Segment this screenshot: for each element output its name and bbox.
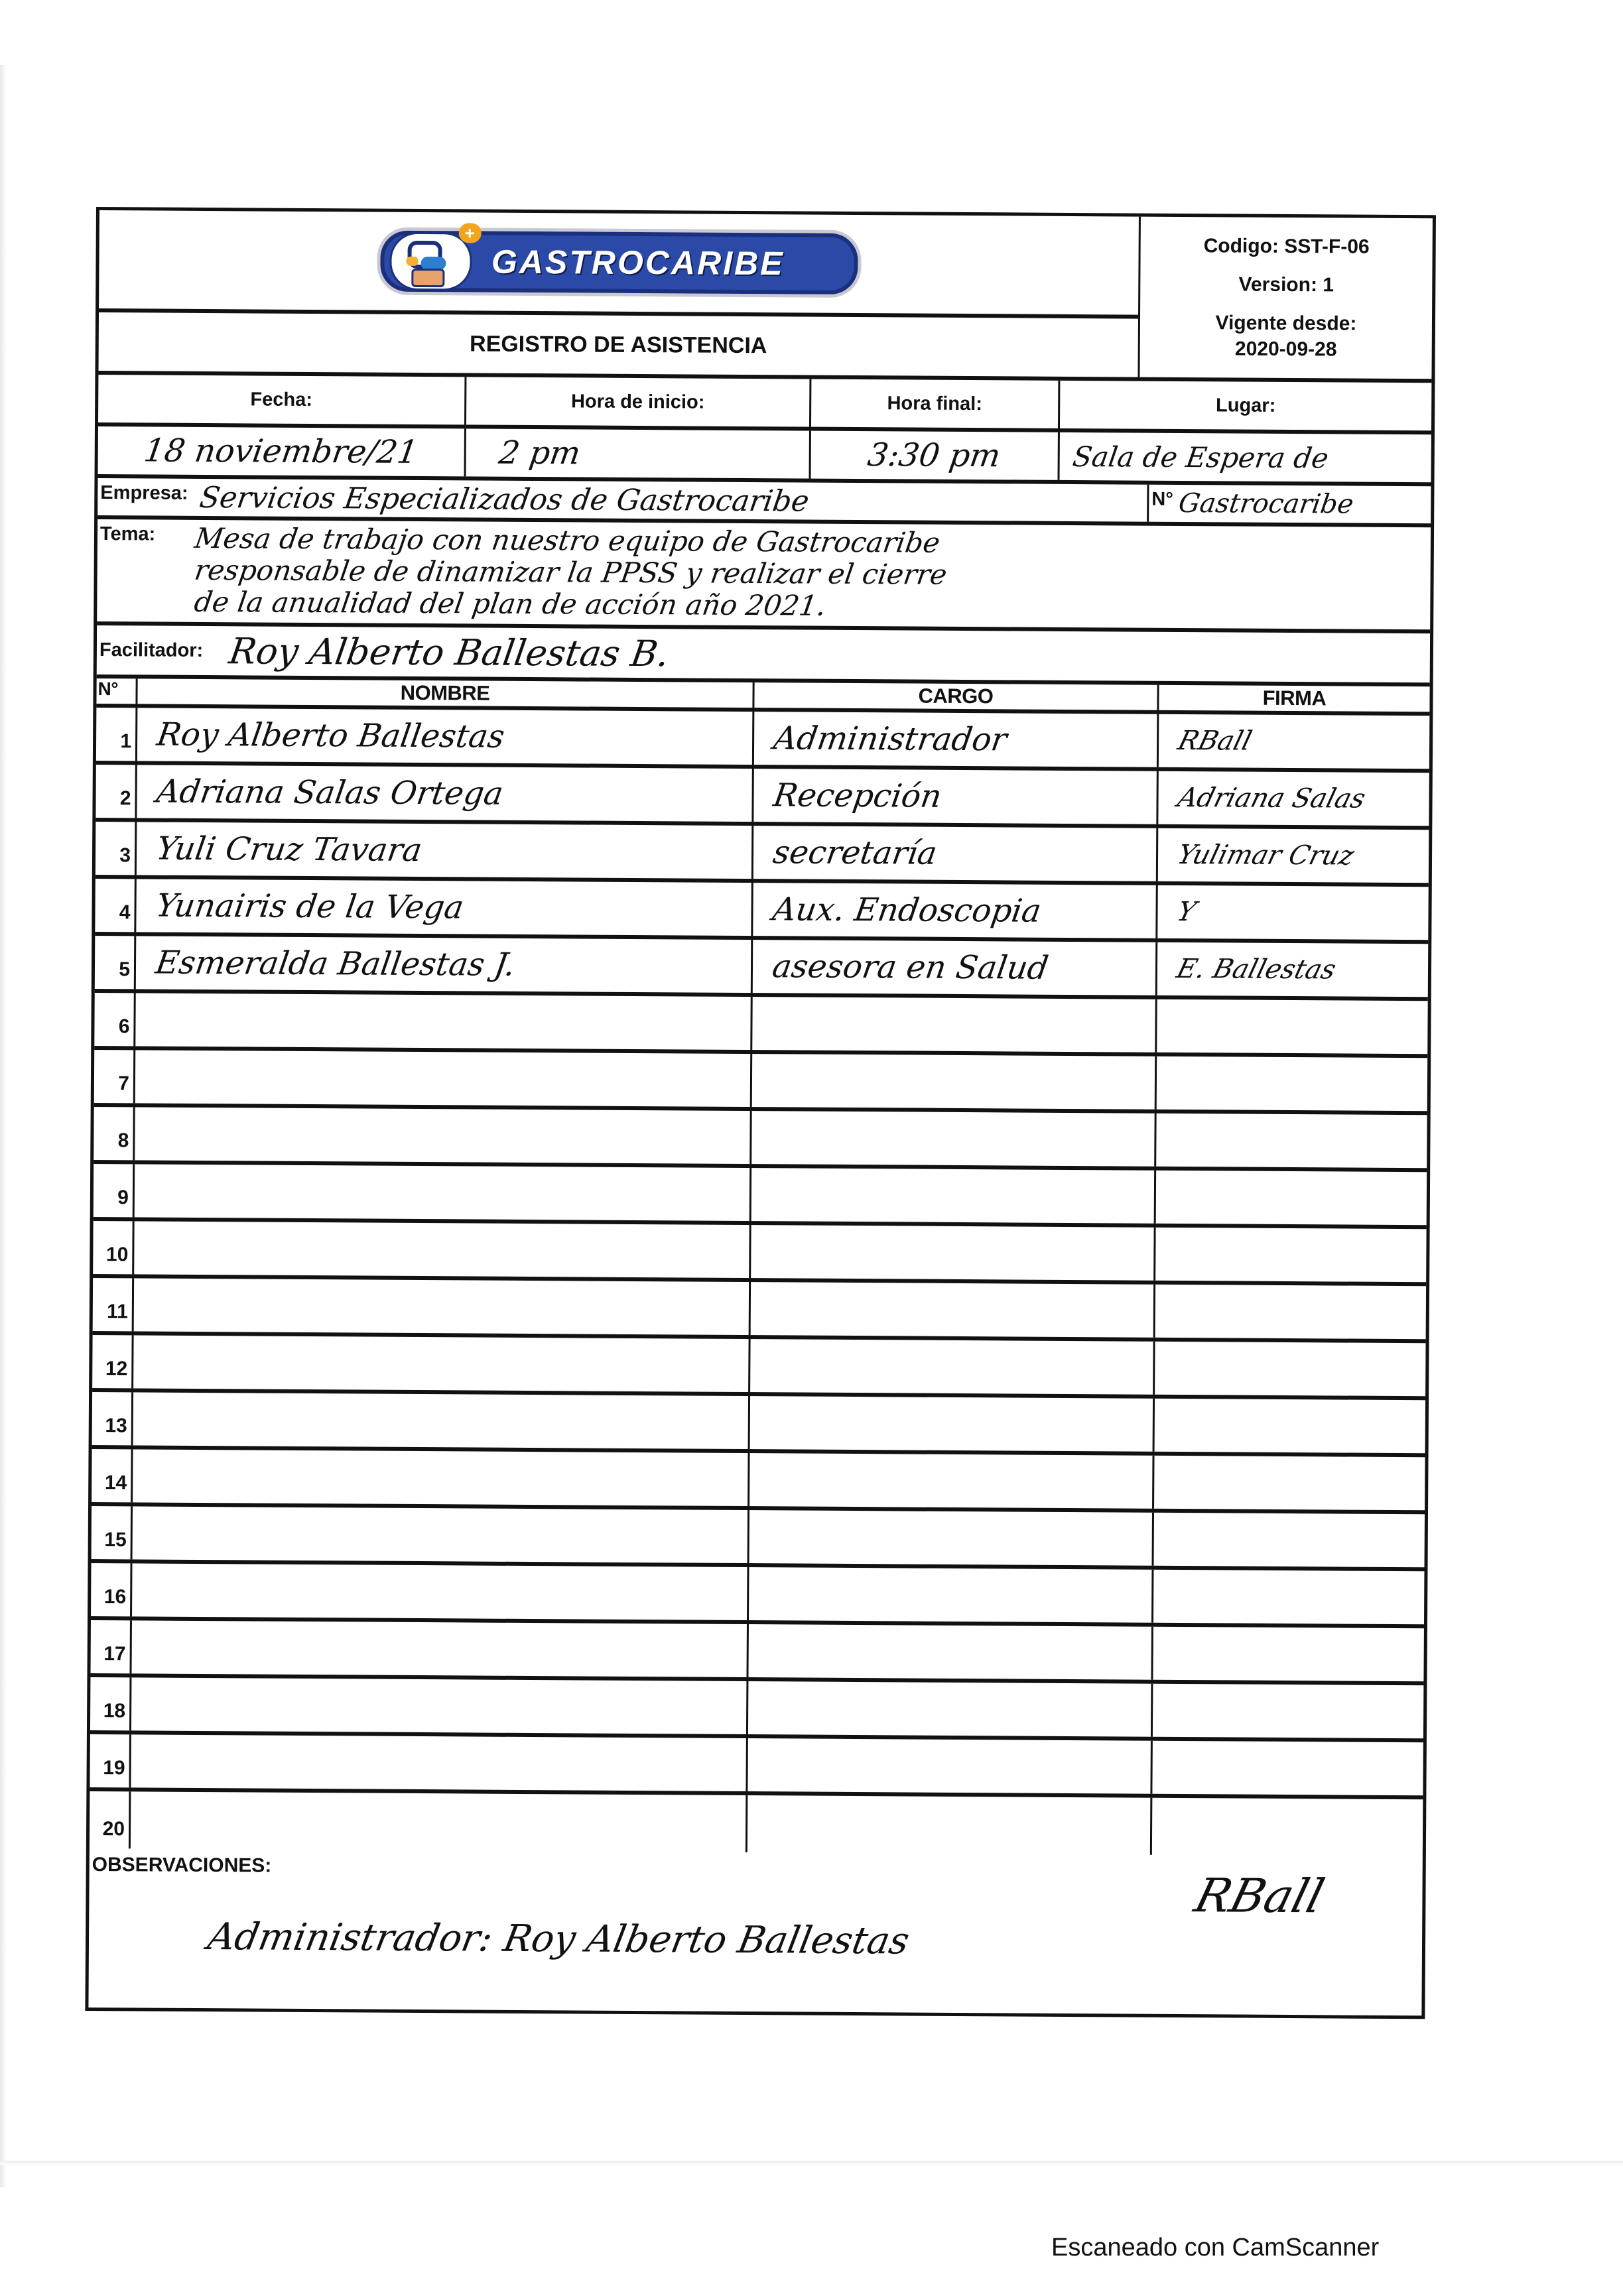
nombre-cell-value: Yuli Cruz Tavara bbox=[154, 830, 424, 869]
row-number: 20 bbox=[90, 1791, 131, 1848]
cargo-cell-value: Administrador bbox=[771, 720, 1009, 758]
cargo-cell[interactable]: Aux. Endoscopia bbox=[753, 883, 1157, 938]
table-row: 11 bbox=[93, 1278, 1426, 1343]
table-row: 15 bbox=[92, 1506, 1425, 1571]
tema-field[interactable]: Tema: Mesa de trabajo con nuestro equipo… bbox=[97, 519, 1431, 629]
cargo-cell[interactable]: Recepción bbox=[753, 769, 1158, 824]
cargo-cell-value: Aux. Endoscopia bbox=[770, 891, 1043, 929]
hora-inicio-field[interactable]: 2 pm bbox=[466, 428, 811, 478]
logo-text: GASTROCARIBE bbox=[491, 243, 785, 283]
fecha-value: 18 noviembre/21 bbox=[142, 432, 421, 470]
cargo-cell[interactable] bbox=[747, 1795, 1153, 1855]
numero-label: N° bbox=[1149, 485, 1173, 511]
nombre-cell-value: Esmeralda Ballestas J. bbox=[153, 944, 518, 984]
header-left: + GASTROCARIBE REGISTRO DE ASISTENCIA bbox=[98, 210, 1140, 377]
firma-cell[interactable] bbox=[1156, 1171, 1427, 1225]
row-number: 4 bbox=[95, 879, 136, 932]
firma-cell[interactable] bbox=[1155, 1342, 1425, 1396]
meeting-values-row: 18 noviembre/21 2 pm 3:30 pm Sala de Esp… bbox=[98, 426, 1431, 486]
row-number: 5 bbox=[95, 936, 136, 989]
table-row: 6 bbox=[94, 993, 1427, 1058]
nombre-cell[interactable] bbox=[134, 1278, 751, 1335]
col-header-firma: FIRMA bbox=[1159, 685, 1429, 712]
firma-cell[interactable] bbox=[1157, 1056, 1427, 1111]
fecha-label: Fecha: bbox=[98, 375, 466, 424]
tema-label: Tema: bbox=[97, 519, 156, 546]
tema-line: de la anualidad del plan de acción año 2… bbox=[192, 586, 949, 623]
row-number: 14 bbox=[92, 1449, 133, 1502]
firma-cell[interactable] bbox=[1152, 1798, 1423, 1856]
cargo-cell[interactable] bbox=[751, 1282, 1155, 1338]
meeting-labels-row: Fecha: Hora de inicio: Hora final: Lugar… bbox=[98, 375, 1431, 434]
nombre-cell-value: Yunairis de la Vega bbox=[153, 887, 466, 926]
table-row: 18 bbox=[90, 1677, 1423, 1742]
facilitador-field[interactable]: Facilitador: Roy Alberto Ballestas B. bbox=[97, 625, 1430, 682]
tema-line: responsable de dinamizar la PPSS y reali… bbox=[192, 554, 949, 591]
scan-edge-bottom bbox=[0, 2161, 1623, 2165]
cargo-cell[interactable] bbox=[752, 997, 1157, 1052]
nombre-cell[interactable]: Yunairis de la Vega bbox=[136, 879, 753, 936]
firma-cell[interactable] bbox=[1153, 1684, 1423, 1738]
cargo-cell[interactable]: asesora en Salud bbox=[753, 940, 1157, 995]
cargo-cell[interactable]: Administrador bbox=[754, 712, 1159, 767]
table-row: 8 bbox=[94, 1107, 1427, 1172]
scan-edge bbox=[0, 65, 7, 2187]
attendance-form: + GASTROCARIBE REGISTRO DE ASISTENCIA Co… bbox=[85, 207, 1436, 2019]
table-row: 7 bbox=[94, 1050, 1427, 1115]
row-number: 13 bbox=[92, 1392, 133, 1445]
nombre-cell[interactable] bbox=[131, 1677, 748, 1734]
firma-cell-value: E. Ballestas bbox=[1173, 954, 1339, 985]
numero-value: Gastrocaribe bbox=[1176, 488, 1355, 520]
firma-cell[interactable] bbox=[1155, 1285, 1426, 1339]
camscanner-watermark: Escaneado con CamScanner bbox=[1051, 2234, 1379, 2262]
document-code: Codigo: SST-F-06 bbox=[1204, 233, 1370, 260]
row-number: 8 bbox=[94, 1107, 135, 1160]
fecha-field[interactable]: 18 noviembre/21 bbox=[98, 426, 466, 476]
tema-line: Mesa de trabajo con nuestro equipo de Ga… bbox=[193, 523, 950, 559]
table-row: 14 bbox=[92, 1449, 1425, 1514]
table-row: 17 bbox=[90, 1620, 1423, 1685]
cargo-cell[interactable] bbox=[752, 1054, 1157, 1110]
facilitador-label: Facilitador: bbox=[97, 639, 204, 662]
form-title: REGISTRO DE ASISTENCIA bbox=[98, 312, 1138, 377]
nombre-cell-value: Adriana Salas Ortega bbox=[155, 773, 506, 812]
firma-cell[interactable]: RBall bbox=[1159, 714, 1429, 769]
row-number: 15 bbox=[92, 1506, 133, 1559]
cargo-cell[interactable] bbox=[749, 1567, 1153, 1623]
attendance-rows: 1Roy Alberto BallestasAdministradorRBall… bbox=[90, 708, 1429, 1856]
numero-field[interactable]: N° Gastrocaribe bbox=[1149, 485, 1431, 524]
nombre-cell[interactable]: Yuli Cruz Tavara bbox=[137, 822, 753, 879]
nombre-cell[interactable]: Esmeralda Ballestas J. bbox=[136, 936, 753, 993]
table-row: 3Yuli Cruz TavarasecretaríaYulimar Cruz bbox=[96, 822, 1429, 887]
firma-cell-value: Yulimar Cruz bbox=[1174, 840, 1357, 871]
empresa-label: Empresa: bbox=[97, 478, 188, 505]
logo-mascot-icon bbox=[389, 232, 472, 291]
row-number: 12 bbox=[92, 1335, 133, 1388]
cargo-cell[interactable] bbox=[748, 1681, 1153, 1737]
nombre-cell[interactable] bbox=[134, 1221, 751, 1278]
firma-cell-value: RBall bbox=[1175, 726, 1255, 757]
nombre-cell[interactable]: Roy Alberto Ballestas bbox=[137, 708, 754, 765]
row-number: 7 bbox=[94, 1050, 135, 1103]
table-row: 2Adriana Salas OrtegaRecepciónAdriana Sa… bbox=[96, 765, 1429, 830]
hora-final-field[interactable]: 3:30 pm bbox=[811, 431, 1060, 480]
empresa-value: Servicios Especializados de Gastrocaribe bbox=[198, 480, 812, 518]
row-number: 10 bbox=[93, 1221, 134, 1274]
col-header-nombre: NOMBRE bbox=[137, 678, 754, 708]
nombre-cell[interactable] bbox=[133, 1392, 750, 1449]
document-version: Version: 1 bbox=[1238, 272, 1334, 298]
table-row: 16 bbox=[91, 1563, 1424, 1628]
observaciones-text[interactable]: Administrador: Roy Alberto Ballestas bbox=[204, 1915, 913, 1962]
hora-inicio-label: Hora de inicio: bbox=[466, 377, 811, 426]
nombre-cell[interactable] bbox=[135, 993, 752, 1050]
effective-date-label: Vigente desde: bbox=[1215, 310, 1356, 337]
plus-icon: + bbox=[458, 223, 481, 243]
firma-cell[interactable] bbox=[1155, 1228, 1426, 1282]
observaciones-label: OBSERVACIONES: bbox=[92, 1854, 272, 1878]
hora-inicio-value: 2 pm bbox=[497, 434, 583, 472]
nombre-cell[interactable] bbox=[132, 1563, 749, 1620]
cargo-cell[interactable] bbox=[750, 1339, 1155, 1395]
lugar-label: Lugar: bbox=[1060, 381, 1431, 430]
cargo-cell[interactable] bbox=[750, 1396, 1155, 1452]
cargo-cell[interactable] bbox=[747, 1738, 1152, 1794]
row-number: 17 bbox=[90, 1620, 131, 1673]
row-number: 6 bbox=[94, 993, 135, 1046]
row-number: 18 bbox=[90, 1677, 131, 1730]
col-header-cargo: CARGO bbox=[754, 682, 1159, 710]
cargo-cell[interactable] bbox=[749, 1453, 1154, 1509]
row-number: 3 bbox=[96, 822, 137, 875]
table-row: 5Esmeralda Ballestas J.asesora en SaludE… bbox=[95, 936, 1428, 1001]
firma-cell[interactable] bbox=[1152, 1741, 1423, 1795]
firma-cell-value: Y bbox=[1174, 897, 1199, 927]
table-row: 13 bbox=[92, 1392, 1425, 1457]
effective-date-value: 2020-09-28 bbox=[1215, 336, 1356, 363]
nombre-cell[interactable] bbox=[135, 1107, 751, 1164]
nombre-cell-value: Roy Alberto Ballestas bbox=[155, 716, 507, 755]
nombre-cell[interactable] bbox=[133, 1335, 750, 1392]
table-row: 12 bbox=[92, 1335, 1425, 1400]
form-header: + GASTROCARIBE REGISTRO DE ASISTENCIA Co… bbox=[98, 210, 1432, 383]
effective-date: Vigente desde: 2020-09-28 bbox=[1215, 310, 1356, 363]
logo-area: + GASTROCARIBE bbox=[99, 210, 1139, 319]
row-number: 1 bbox=[96, 708, 137, 761]
nombre-cell[interactable] bbox=[131, 1791, 748, 1852]
cargo-cell[interactable] bbox=[748, 1624, 1153, 1680]
firma-cell[interactable] bbox=[1157, 999, 1427, 1054]
row-number: 16 bbox=[91, 1563, 132, 1616]
nombre-cell[interactable] bbox=[135, 1050, 752, 1107]
row-number: 11 bbox=[93, 1278, 134, 1331]
empresa-field[interactable]: Empresa: Servicios Especializados de Gas… bbox=[97, 478, 1149, 522]
nombre-cell[interactable] bbox=[133, 1449, 749, 1506]
table-row: 9 bbox=[94, 1164, 1427, 1229]
cargo-cell-value: Recepción bbox=[771, 777, 944, 814]
table-row: 20 bbox=[90, 1791, 1423, 1856]
nombre-cell[interactable] bbox=[135, 1164, 751, 1221]
cargo-cell[interactable] bbox=[749, 1510, 1154, 1566]
col-header-num: N° bbox=[96, 678, 137, 704]
firma-cell[interactable] bbox=[1156, 1114, 1427, 1168]
nombre-cell[interactable] bbox=[133, 1506, 749, 1563]
row-number: 2 bbox=[96, 765, 137, 818]
facilitador-row: Facilitador: Roy Alberto Ballestas B. bbox=[97, 625, 1430, 686]
facilitador-value: Roy Alberto Ballestas B. bbox=[227, 630, 673, 674]
lugar-value: Sala de Espera de bbox=[1071, 440, 1331, 474]
firma-cell[interactable] bbox=[1154, 1456, 1425, 1510]
firma-cell[interactable]: E. Ballestas bbox=[1157, 942, 1428, 997]
nombre-cell[interactable]: Adriana Salas Ortega bbox=[137, 765, 753, 822]
firma-cell[interactable] bbox=[1153, 1627, 1423, 1681]
nombre-cell[interactable] bbox=[131, 1620, 748, 1677]
firma-cell[interactable] bbox=[1154, 1513, 1425, 1567]
lugar-field[interactable]: Sala de Espera de bbox=[1060, 432, 1431, 482]
row-number: 9 bbox=[94, 1164, 135, 1217]
tema-value: Mesa de trabajo con nuestro equipo de Ga… bbox=[194, 523, 947, 623]
firma-cell[interactable] bbox=[1155, 1399, 1425, 1453]
hora-final-value: 3:30 pm bbox=[866, 436, 1004, 474]
firma-cell[interactable]: Yulimar Cruz bbox=[1158, 828, 1429, 883]
cargo-cell[interactable] bbox=[751, 1168, 1156, 1224]
firma-cell[interactable] bbox=[1153, 1570, 1424, 1624]
firma-cell[interactable]: Y bbox=[1157, 885, 1428, 940]
observaciones-signature: RBall bbox=[1189, 1868, 1330, 1923]
document-control: Codigo: SST-F-06 Version: 1 Vigente desd… bbox=[1139, 217, 1432, 379]
table-row: 4Yunairis de la VegaAux. EndoscopiaY bbox=[95, 879, 1428, 944]
observaciones-section: OBSERVACIONES: Administrador: Roy Albert… bbox=[88, 1848, 1422, 2015]
firma-cell[interactable]: Adriana Salas bbox=[1158, 771, 1429, 826]
cargo-cell[interactable] bbox=[751, 1225, 1155, 1281]
table-row: 10 bbox=[93, 1221, 1426, 1286]
nombre-cell[interactable] bbox=[131, 1734, 747, 1791]
row-number: 19 bbox=[90, 1734, 131, 1787]
cargo-cell[interactable] bbox=[751, 1111, 1156, 1167]
hora-final-label: Hora final: bbox=[811, 379, 1060, 428]
gastrocaribe-logo: + GASTROCARIBE bbox=[377, 227, 862, 298]
cargo-cell-value: asesora en Salud bbox=[770, 948, 1051, 986]
table-row: 19 bbox=[90, 1734, 1423, 1799]
firma-cell-value: Adriana Salas bbox=[1175, 783, 1369, 814]
table-row: 1Roy Alberto BallestasAdministradorRBall bbox=[96, 708, 1429, 773]
cargo-cell[interactable]: secretaría bbox=[753, 826, 1158, 881]
cargo-cell-value: secretaría bbox=[771, 834, 939, 871]
tema-row: Tema: Mesa de trabajo con nuestro equipo… bbox=[97, 519, 1431, 633]
